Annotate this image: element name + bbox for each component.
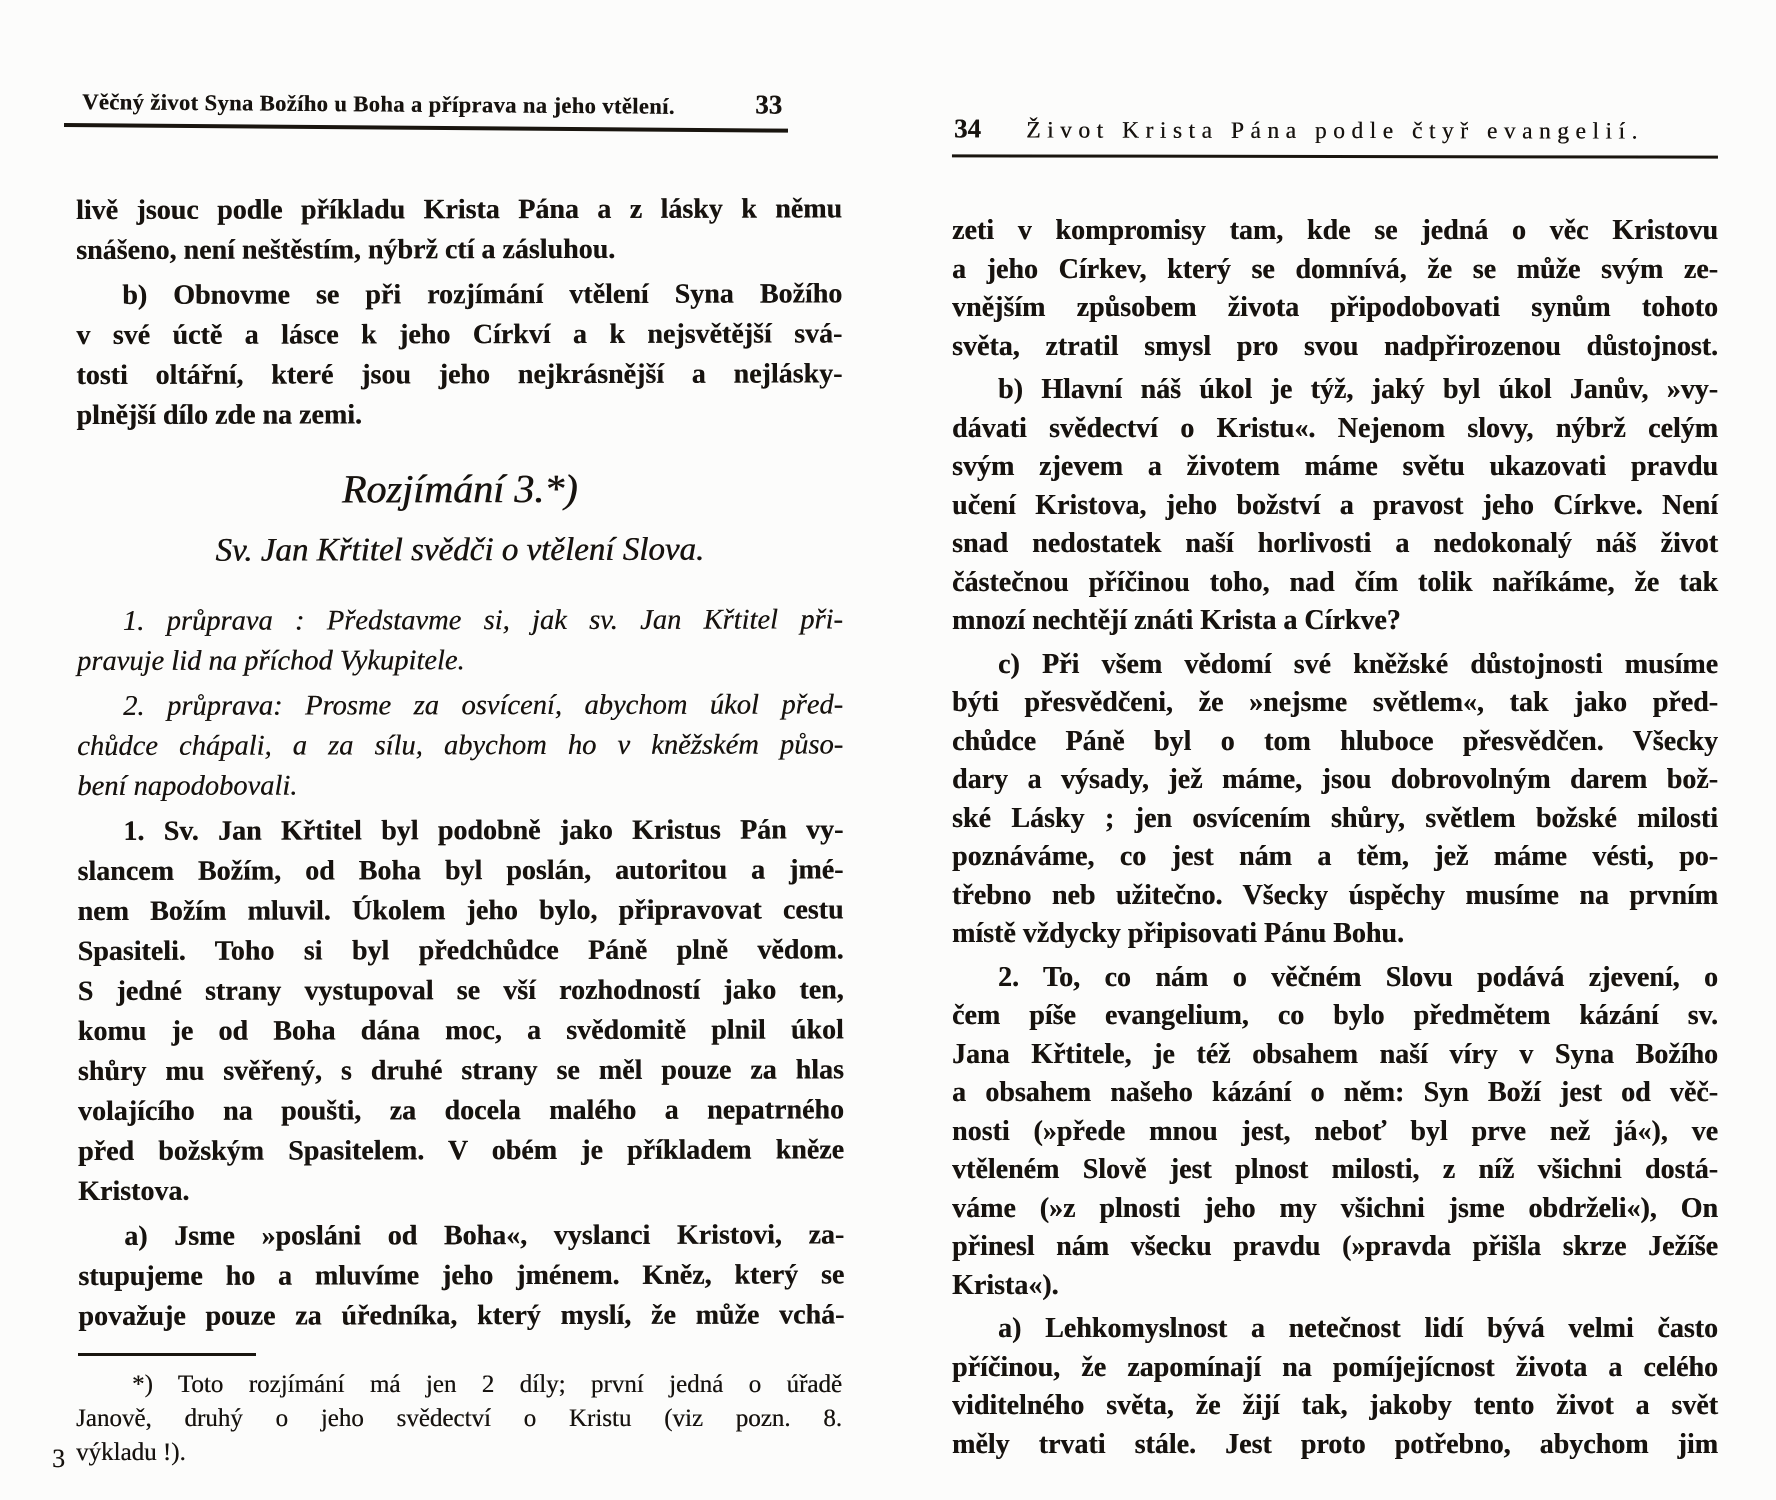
text-line: před božským Spasitelem. V obém je příkl… [78, 1130, 844, 1172]
page-body-right: zeti v kompromisy tam, kde se jedná o vě… [952, 212, 1718, 1464]
text-line: výkladu !). [76, 1436, 842, 1470]
running-head-left: Věčný život Syna Božího u Boha a příprav… [64, 84, 788, 133]
text-line: komu je od Boha dána moc, a svědomitě pl… [78, 1010, 844, 1052]
paragraph: b) Hlavní náš úkol je týž, jaký byl úkol… [952, 371, 1718, 641]
text-line: slancem Božím, od Boha byl poslán, autor… [77, 850, 843, 892]
text-line: v své úctě a lásce k jeho Církví a k nej… [76, 314, 842, 356]
paragraph: b) Obnovme se při rozjímání vtělení Syna… [76, 274, 842, 436]
section-heading: Rozjímání 3.*) [77, 460, 843, 518]
text-line: mnozí nechtějí znáti Krista a Církve? [952, 602, 1718, 641]
text-line: 1. průprava : Představme si, jak sv. Jan… [77, 600, 843, 642]
page-number-right: 34 [954, 113, 981, 144]
text-line: 1. Sv. Jan Křtitel byl podobně jako Kris… [77, 810, 843, 852]
running-head-right: 34 Život Krista Pána podle čtyř evangeli… [952, 117, 1718, 158]
text-line: pravuje lid na příchod Vykupitele. [77, 640, 843, 682]
text-line: Sv. Jan Křtitel svědči o vtělení Slova. [77, 526, 843, 574]
paragraph: c) Při všem vědomí své kněžské důstojnos… [952, 646, 1718, 954]
text-line: b) Hlavní náš úkol je týž, jaký byl úkol… [952, 371, 1718, 410]
text-line: dávati svědectví o Kristu«. Nejenom slov… [952, 410, 1718, 449]
paragraph: 2. To, co nám o věčném Slovu podává zjev… [952, 959, 1718, 1306]
text-line: a obsahem našeho kázání o něm: Syn Boží … [952, 1074, 1718, 1113]
paragraph: 2. průprava: Prosme za osvícení, abychom… [77, 685, 843, 807]
text-line: vnějším způsobem života připodobovati sy… [952, 289, 1718, 328]
text-line: místě vždycky připisovati Pánu Bohu. [952, 915, 1718, 954]
text-line: shůry mu svěřený, s druhé strany se měl … [78, 1050, 844, 1092]
text-line: Janově, druhý o jeho svědectví o Kristu … [76, 1402, 842, 1436]
text-line: a) Jsme »posláni od Boha«, vyslanci Kris… [78, 1215, 844, 1257]
text-line: učení Kristova, jeho božství a pravost j… [952, 487, 1718, 526]
text-line: považuje pouze za úředníka, který myslí,… [78, 1295, 844, 1337]
paragraph: 1. průprava : Představme si, jak sv. Jan… [77, 600, 843, 682]
text-line: měly trvati stále. Jest proto potřebno, … [952, 1426, 1718, 1465]
text-line: svým zjevem a životem máme světu ukazova… [952, 448, 1718, 487]
paragraph: a) Jsme »posláni od Boha«, vyslanci Kris… [78, 1215, 844, 1337]
text-line: c) Při všem vědomí své kněžské důstojnos… [952, 646, 1718, 685]
text-line: stupujeme ho a mluvíme jeho jménem. Kněz… [78, 1255, 844, 1297]
text-line: *) Toto rozjímání má jen 2 díly; první j… [76, 1368, 842, 1402]
signature-mark: 3 [52, 1444, 65, 1474]
footnote-separator-rule [78, 1353, 256, 1356]
text-line: bení napodobovali. [77, 765, 843, 807]
page-left: Věčný život Syna Božího u Boha a příprav… [76, 84, 842, 1470]
text-line: vtěleném Slově jest plnost milosti, z ní… [952, 1151, 1718, 1190]
text-line: Spasiteli. Toho si byl předchůdce Páně p… [78, 930, 844, 972]
paragraph: zeti v kompromisy tam, kde se jedná o vě… [952, 212, 1718, 366]
text-line: livě jsouc podle příkladu Krista Pána a … [76, 189, 842, 231]
text-line: snášeno, není neštěstím, nýbrž ctí a zás… [76, 229, 842, 271]
text-line: chůdce Páně byl o tom hluboce přesvědčen… [952, 723, 1718, 762]
text-line: b) Obnovme se při rozjímání vtělení Syna… [76, 274, 842, 316]
text-line: chůdce chápali, a za sílu, abychom ho v … [77, 725, 843, 767]
text-line: snad nedostatek naší horlivosti a nedoko… [952, 525, 1718, 564]
text-line: tosti oltářní, které jsou jeho nejkrásně… [76, 354, 842, 396]
text-line: viditelného světa, že žijí tak, jakoby t… [952, 1387, 1718, 1426]
text-line: a) Lehkomyslnost a netečnost lidí bývá v… [952, 1310, 1718, 1349]
text-line: ské Lásky ; jen osvícením shůry, světlem… [952, 800, 1718, 839]
text-line: 2. průprava: Prosme za osvícení, abychom… [77, 685, 843, 727]
text-line: třebno neb užitečno. Všecky úspěchy musí… [952, 877, 1718, 916]
text-line: volajícího na poušti, za docela malého a… [78, 1090, 844, 1132]
running-head-title: Život Krista Pána podle čtyř evangelií. [1026, 117, 1644, 144]
text-line: čem píše evangelium, co bylo předmětem k… [952, 997, 1718, 1036]
text-line: Rozjímání 3.*) [77, 460, 843, 518]
text-line: nosti (»přede mnou jest, neboť byl prve … [952, 1113, 1718, 1152]
text-line: příčinou, že zapomínají na pomíjejícnost… [952, 1349, 1718, 1388]
text-line: světa, ztratil smysl pro svou nadpřiroze… [952, 328, 1718, 367]
text-line: 2. To, co nám o věčném Slovu podává zjev… [952, 959, 1718, 998]
text-line: váme (»z plnosti jeho my všichni jsme ob… [952, 1190, 1718, 1229]
page-right: 34 Život Krista Pána podle čtyř evangeli… [952, 118, 1718, 1469]
section-subheading: Sv. Jan Křtitel svědči o vtělení Slova. [77, 526, 843, 574]
paragraph: a) Lehkomyslnost a netečnost lidí bývá v… [952, 1310, 1718, 1464]
text-line: Krista«). [952, 1267, 1718, 1306]
footnote: *) Toto rozjímání má jen 2 díly; první j… [76, 1368, 842, 1470]
book-scan-spread: Věčný život Syna Božího u Boha a příprav… [0, 0, 1776, 1500]
text-line: zeti v kompromisy tam, kde se jedná o vě… [952, 212, 1718, 251]
paragraph: livě jsouc podle příkladu Krista Pána a … [76, 189, 842, 271]
text-line: Kristova. [78, 1170, 844, 1212]
text-line: poznáváme, co jest nám a těm, jež máme v… [952, 838, 1718, 877]
text-line: dary a výsady, jež máme, jsou dobrovolný… [952, 761, 1718, 800]
text-line: býti přesvědčeni, že »nejsme světlem«, t… [952, 684, 1718, 723]
text-line: nem Božím mluvil. Úkolem jeho bylo, přip… [77, 890, 843, 932]
text-line: plnější dílo zde na zemi. [76, 394, 842, 436]
running-head-title: Věčný život Syna Božího u Boha a příprav… [82, 89, 675, 120]
text-line: S jedné strany vystupoval se vší rozhodn… [78, 970, 844, 1012]
page-number-left: 33 [741, 89, 782, 120]
text-line: a jeho Církev, který se domnívá, že se m… [952, 251, 1718, 290]
text-line: Jana Křtitele, je též obsahem naší víry … [952, 1036, 1718, 1075]
page-body-left: livě jsouc podle příkladu Krista Pána a … [76, 189, 844, 1337]
text-line: částečnou příčinou toho, nad čím tolik n… [952, 564, 1718, 603]
paragraph: 1. Sv. Jan Křtitel byl podobně jako Kris… [77, 810, 844, 1212]
text-line: přinesl nám všecku pravdu (»pravda přišl… [952, 1228, 1718, 1267]
